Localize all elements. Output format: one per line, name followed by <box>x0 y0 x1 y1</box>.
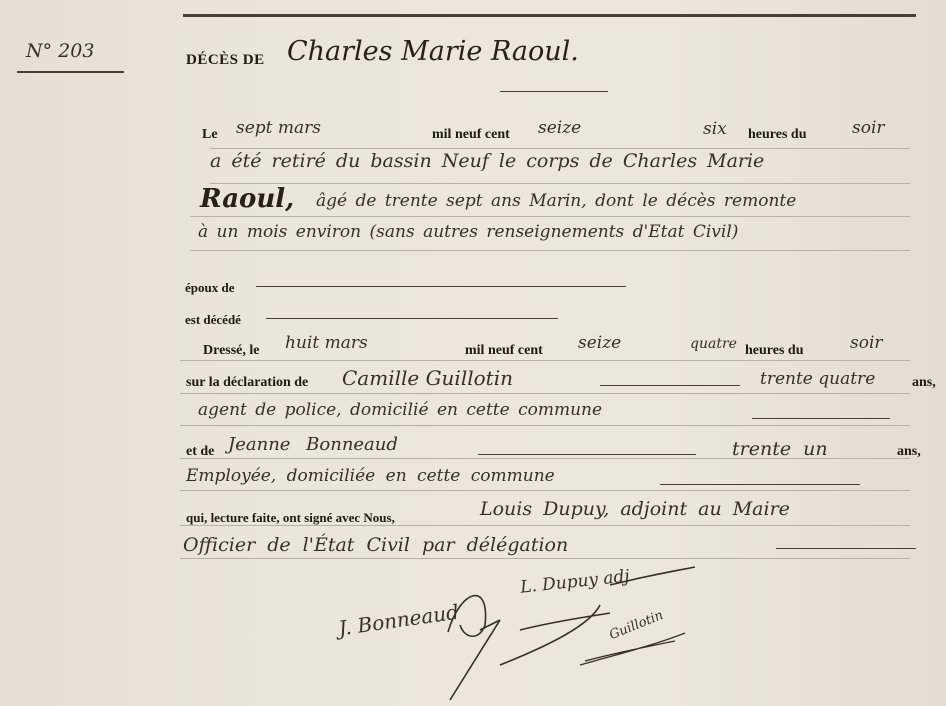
drafting-period: soir <box>850 333 883 353</box>
death-date: sept mars <box>236 118 321 138</box>
record-number-underline <box>17 71 124 73</box>
occupation-2-fill-line <box>660 484 860 485</box>
label-epoux: époux de <box>185 280 234 296</box>
title-underline <box>500 91 608 92</box>
label-ans-1: ans, <box>912 375 936 391</box>
label-dresse: Dressé, le <box>203 343 260 359</box>
death-hour: six <box>703 119 727 139</box>
label-signed: qui, lecture faite, ont signé avec Nous, <box>186 510 395 526</box>
epoux-blank-line <box>256 286 626 287</box>
occupation-1-fill-line <box>752 418 890 419</box>
officer-fill-line <box>776 548 916 549</box>
declarant-2-name: Jeanne Bonneaud <box>228 434 398 455</box>
signature-guillotin-flourish <box>575 615 695 675</box>
declarant-1-fill-line <box>600 385 740 386</box>
declarant-1-name: Camille Guillotin <box>342 366 513 390</box>
guide-line <box>180 393 910 394</box>
label-ans-2: ans, <box>897 444 921 460</box>
guide-line <box>190 216 910 217</box>
title-print: DÉCÈS DE <box>186 52 265 69</box>
declarant-1-age: trente quatre <box>760 369 875 389</box>
label-hour: heures du <box>748 127 806 143</box>
death-period: soir <box>852 118 885 138</box>
death-year: seize <box>538 118 581 138</box>
title-name: Charles Marie Raoul. <box>287 36 579 67</box>
surname: Raoul, <box>200 184 294 214</box>
drafting-date: huit mars <box>285 333 368 353</box>
guide-line <box>180 425 910 426</box>
guide-line <box>210 183 910 184</box>
label-le: Le <box>202 127 218 143</box>
guide-line <box>190 250 910 251</box>
guide-line <box>180 558 910 559</box>
top-rule <box>183 14 916 17</box>
narrative-line-4: à un mois environ (sans autres renseigne… <box>198 222 738 242</box>
officer-line-2: Officier de l'État Civil par délégation <box>183 534 568 556</box>
narrative-line-3: âgé de trente sept ans Marin, dont le dé… <box>316 191 796 211</box>
drafting-year: seize <box>578 333 621 353</box>
guide-line <box>180 490 910 491</box>
declarant-2-age: trente un <box>732 438 828 460</box>
officer-name-title: Louis Dupuy, adjoint au Maire <box>480 498 790 520</box>
narrative-line-2: a été retiré du bassin Neuf le corps de … <box>210 150 764 172</box>
guide-line <box>210 148 910 149</box>
decede-blank-line <box>266 318 558 319</box>
label-declaration: sur la déclaration de <box>186 375 308 391</box>
record-number: N° 203 <box>26 40 94 62</box>
declarant-1-occupation: agent de police, domicilié en cette comm… <box>198 400 602 420</box>
guide-line <box>180 360 910 361</box>
label-year: mil neuf cent <box>432 127 510 143</box>
label-et-de: et de <box>186 444 214 460</box>
label-drafting-year: mil neuf cent <box>465 343 543 359</box>
declarant-2-occupation: Employée, domiciliée en cette commune <box>186 466 555 486</box>
drafting-hour: quatre <box>690 336 737 352</box>
declarant-2-fill-line <box>478 454 696 455</box>
label-decede: est décédé <box>185 312 241 328</box>
label-drafting-hour: heures du <box>745 343 803 359</box>
